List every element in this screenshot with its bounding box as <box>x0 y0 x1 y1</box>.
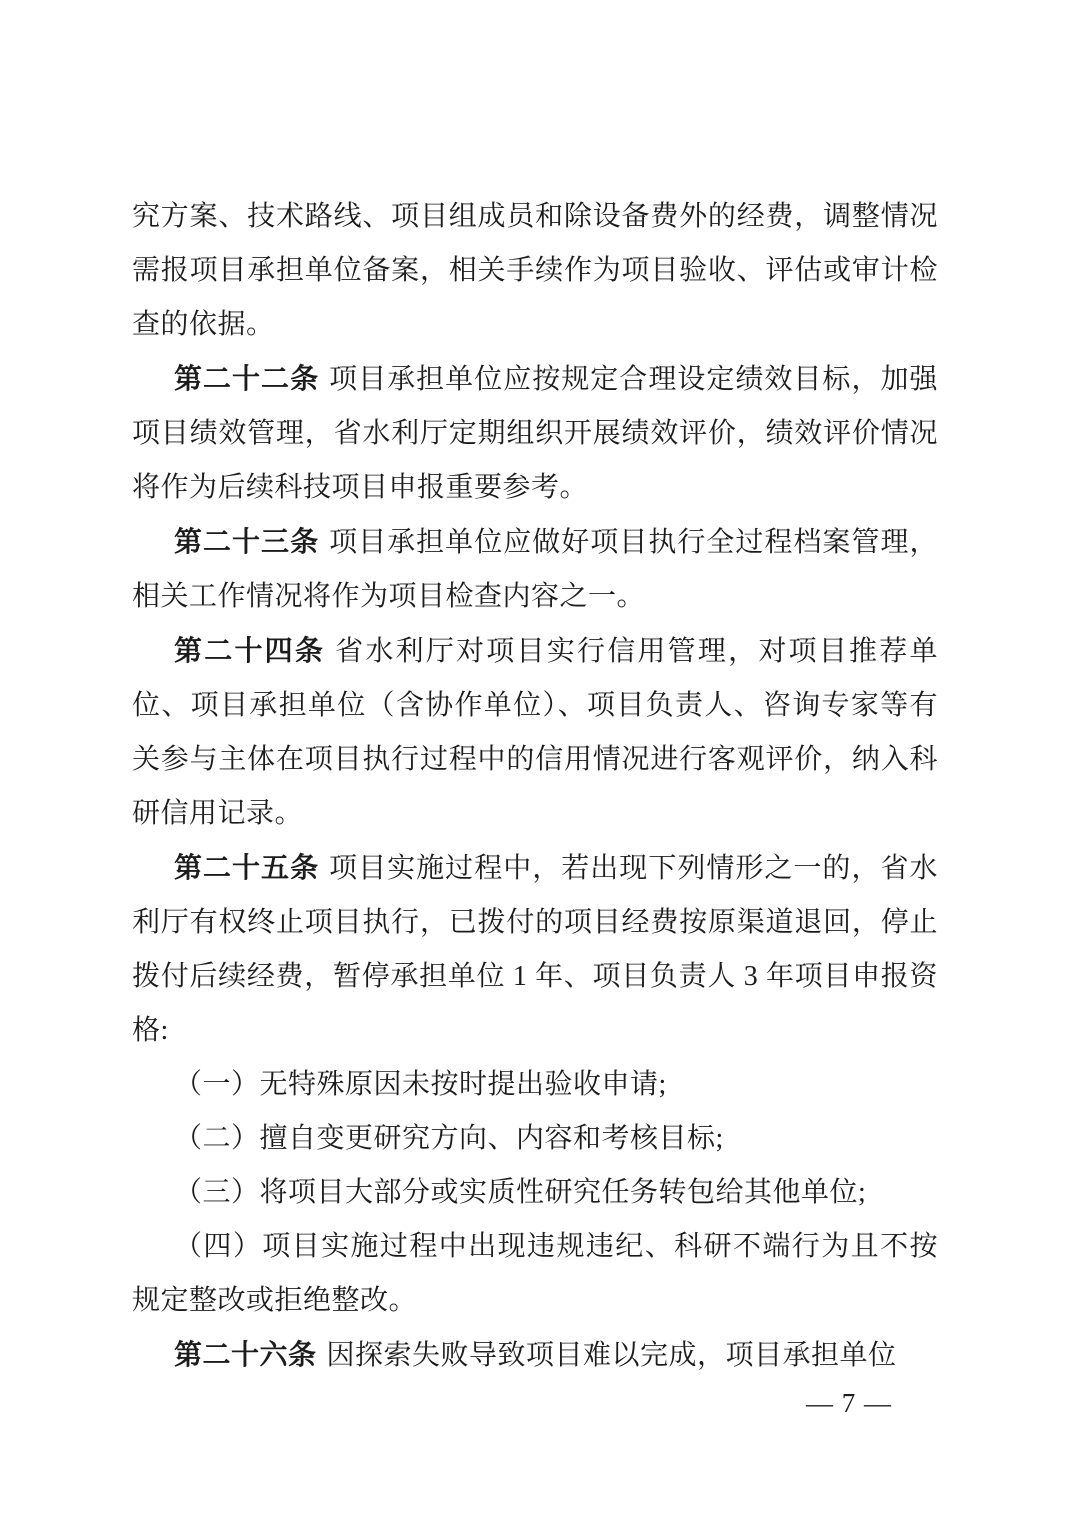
article-number: 第二十四条 <box>174 635 325 666</box>
list-item-paragraph: （四）项目实施过程中出现违规违纪、科研不端行为且不按规定整改或拒绝整改。 <box>132 1220 938 1328</box>
page-number: — 7 — <box>806 1388 916 1419</box>
paragraph-text: （四）项目实施过程中出现违规违纪、科研不端行为且不按规定整改或拒绝整改。 <box>132 1231 938 1316</box>
paragraph-text: （一）无特殊原因未按时提出验收申请; <box>174 1069 667 1100</box>
article-paragraph: 第二十四条省水利厅对项目实行信用管理，对项目推荐单位、项目承担单位（含协作单位）… <box>132 624 938 841</box>
article-paragraph: 第二十二条项目承担单位应按规定合理设定绩效目标，加强项目绩效管理，省水利厅定期组… <box>132 352 938 515</box>
continuation-paragraph: 究方案、技术路线、项目组成员和除设备费外的经费，调整情况需报项目承担单位备案，相… <box>132 190 938 352</box>
paragraph-text: （三）将项目大部分或实质性研究任务转包给其他单位; <box>174 1177 866 1208</box>
article-paragraph: 第二十六条因探索失败导致项目难以完成，项目承担单位 <box>132 1328 938 1383</box>
article-number: 第二十六条 <box>174 1339 317 1370</box>
article-number: 第二十二条 <box>174 363 319 394</box>
document-page: 究方案、技术路线、项目组成员和除设备费外的经费，调整情况需报项目承担单位备案，相… <box>0 0 1074 1520</box>
article-number: 第二十三条 <box>174 526 319 557</box>
article-paragraph: 第二十五条项目实施过程中，若出现下列情形之一的，省水利厅有权终止项目执行，已拨付… <box>132 841 938 1058</box>
article-text: 因探索失败导致项目难以完成，项目承担单位 <box>327 1340 897 1371</box>
paragraph-text: （二）擅自变更研究方向、内容和考核目标; <box>174 1123 724 1154</box>
list-item-paragraph: （二）擅自变更研究方向、内容和考核目标; <box>132 1112 938 1166</box>
document-body: 究方案、技术路线、项目组成员和除设备费外的经费，调整情况需报项目承担单位备案，相… <box>132 190 938 1383</box>
paragraph-text: 究方案、技术路线、项目组成员和除设备费外的经费，调整情况需报项目承担单位备案，相… <box>132 201 938 340</box>
article-number: 第二十五条 <box>174 852 319 883</box>
article-paragraph: 第二十三条项目承担单位应做好项目执行全过程档案管理，相关工作情况将作为项目检查内… <box>132 515 938 624</box>
list-item-paragraph: （三）将项目大部分或实质性研究任务转包给其他单位; <box>132 1166 938 1220</box>
list-item-paragraph: （一）无特殊原因未按时提出验收申请; <box>132 1058 938 1112</box>
